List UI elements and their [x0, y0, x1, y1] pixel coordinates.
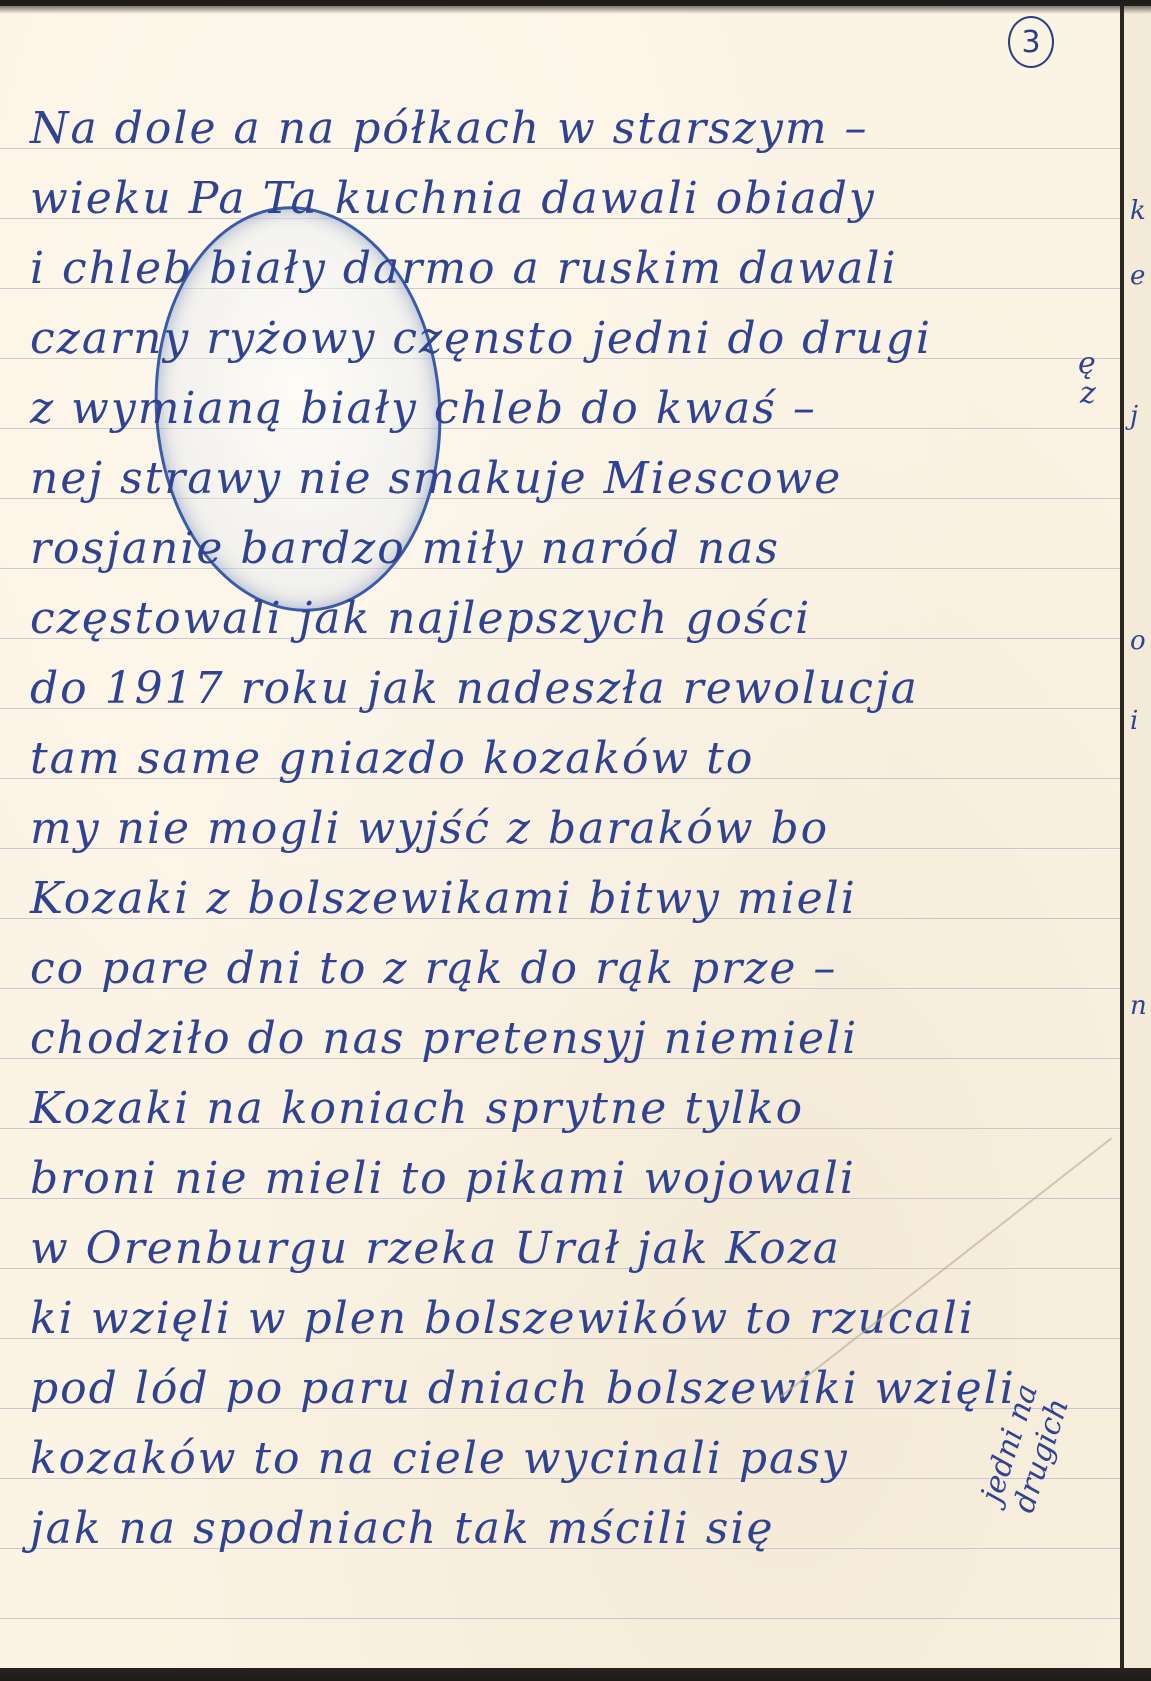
page-number-text: 3 — [1021, 25, 1040, 60]
text-line: nej strawy nie smakuje Miescowe — [30, 444, 842, 514]
text-line: wieku Pa Ta kuchnia dawali obiady — [30, 164, 876, 234]
edge-letter: o — [1130, 626, 1146, 656]
text-line: co pare dni to z rąk do rąk prze – — [30, 934, 837, 1004]
adjacent-page-edge: k e j o i n — [1124, 6, 1151, 1668]
margin-note-suffix: z — [1080, 376, 1096, 411]
text-line: pod lód po paru dniach bolszewiki wzięli — [30, 1354, 1016, 1424]
edge-letter: j — [1130, 401, 1138, 431]
text-line: my nie mogli wyjść z baraków bo — [30, 794, 829, 864]
edge-letter: k — [1130, 196, 1146, 226]
text-line: jak na spodniach tak mścili się — [30, 1494, 775, 1564]
text-line: i chleb biały darmo a ruskim dawali — [30, 234, 898, 304]
text-line: z wymianą biały chleb do kwaś – — [30, 374, 817, 444]
text-line: częstowali jak najlepszych gości — [30, 584, 811, 654]
edge-letter: i — [1130, 706, 1138, 736]
edge-letter: e — [1130, 261, 1145, 291]
text-line: rosjanie bardzo miły naród nas — [30, 514, 780, 584]
bottom-edge — [0, 1668, 1151, 1681]
edge-letter: n — [1130, 991, 1147, 1021]
text-line: tam same gniazdo kozaków to — [30, 724, 754, 794]
text-line: do 1917 roku jak nadeszła rewolucja — [30, 654, 919, 724]
text-line: Na dole a na półkach w starszym – — [30, 94, 869, 164]
text-line: Kozaki na koniach sprytne tylko — [30, 1074, 804, 1144]
text-line: kozaków to na ciele wycinali pasy — [30, 1424, 849, 1494]
text-line: w Orenburgu rzeka Urał jak Koza — [30, 1214, 841, 1284]
page-number: 3 — [1008, 16, 1054, 68]
text-line: Kozaki z bolszewikami bitwy mieli — [30, 864, 857, 934]
text-line: ki wzięli w plen bolszewików to rzucali — [30, 1284, 975, 1354]
text-line: chodziło do nas pretensyj niemieli — [30, 1004, 858, 1074]
text-line: czarny ryżowy częnsto jedni do drugi — [30, 304, 932, 374]
notebook-page: 3 Na dole a na półkach w starszym – wiek… — [0, 6, 1120, 1668]
ruled-line — [0, 1618, 1120, 1619]
top-shadow — [0, 0, 1151, 14]
text-line: broni nie mieli to pikami wojowali — [30, 1144, 856, 1214]
